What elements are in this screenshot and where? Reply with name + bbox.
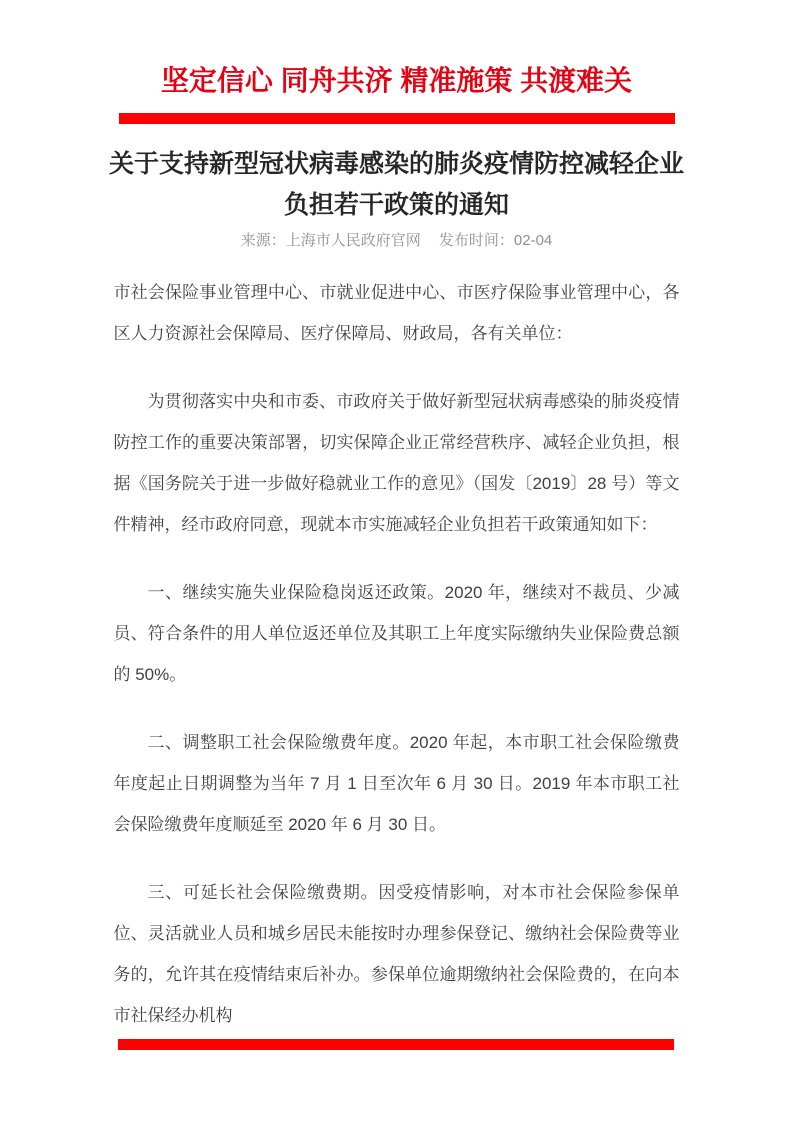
slogan-banner: 坚定信心 同舟共济 精准施策 共渡难关	[0, 64, 793, 98]
source-label: 来源：上海市人民政府官网	[241, 232, 421, 249]
article-meta: 来源：上海市人民政府官网 发布时间：02-04	[0, 230, 793, 251]
article-title: 关于支持新型冠状病毒感染的肺炎疫情防控减轻企业 负担若干政策的通知	[97, 144, 697, 226]
paragraph-salutation: 市社会保险事业管理中心、市就业促进中心、市医疗保险事业管理中心，各区人力资源社会…	[114, 272, 680, 354]
bottom-divider-bar	[118, 1039, 674, 1050]
paragraph-policy-1: 一、继续实施失业保险稳岗返还政策。2020 年，继续对不裁员、少减员、符合条件的…	[114, 572, 680, 695]
article-title-line-1: 关于支持新型冠状病毒感染的肺炎疫情防控减轻企业	[97, 144, 697, 185]
article-title-line-2: 负担若干政策的通知	[97, 185, 697, 226]
top-divider-bar	[119, 113, 675, 124]
article-body: 市社会保险事业管理中心、市就业促进中心、市医疗保险事业管理中心，各区人力资源社会…	[114, 272, 680, 1036]
paragraph-policy-3: 三、可延长社会保险缴费期。因受疫情影响，对本市社会保险参保单位、灵活就业人员和城…	[114, 872, 680, 1036]
paragraph-policy-2: 二、调整职工社会保险缴费年度。2020 年起，本市职工社会保险缴费年度起止日期调…	[114, 722, 680, 845]
document-page: 坚定信心 同舟共济 精准施策 共渡难关 关于支持新型冠状病毒感染的肺炎疫情防控减…	[0, 0, 793, 1122]
publish-time-label: 发布时间：02-04	[439, 232, 552, 249]
paragraph-preamble: 为贯彻落实中央和市委、市政府关于做好新型冠状病毒感染的肺炎疫情防控工作的重要决策…	[114, 381, 680, 545]
